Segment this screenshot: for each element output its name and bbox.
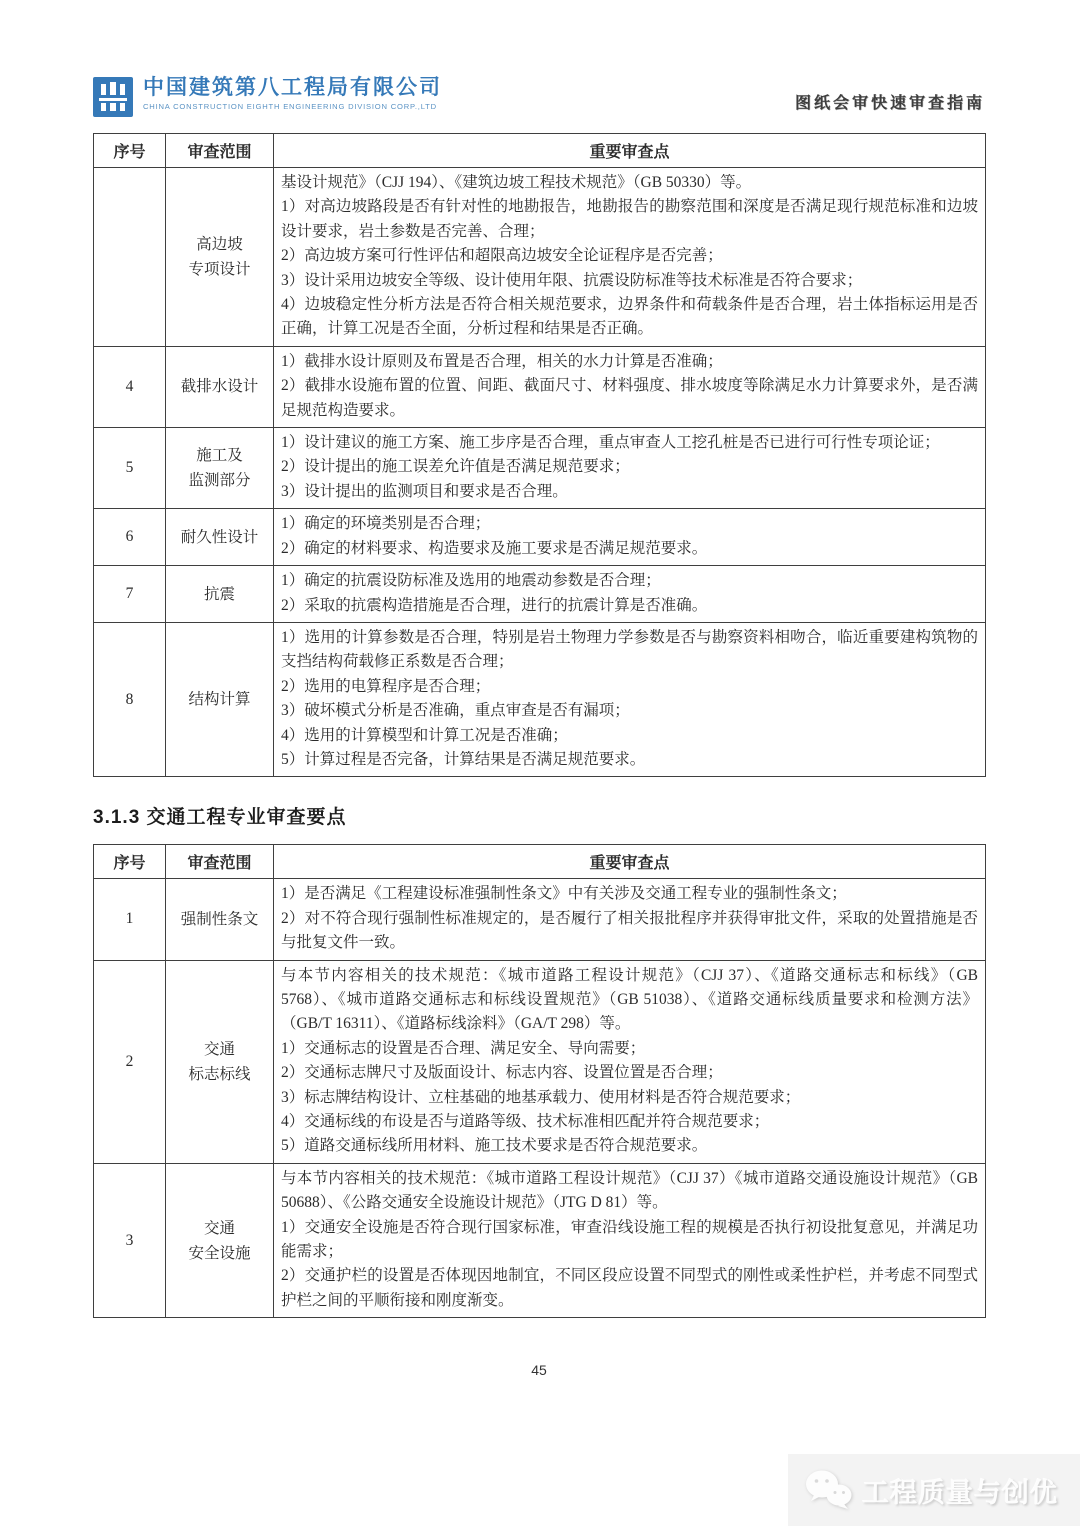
cscec-logo-icon <box>93 77 133 117</box>
review-point: 1）设计建议的施工方案、施工步序是否合理，重点审查人工挖孔桩是否已进行可行性专项… <box>281 431 978 455</box>
row-number-cell: 4 <box>94 346 166 427</box>
review-point: 5）计算过程是否完备，计算结果是否满足规范要求。 <box>281 748 978 772</box>
table-header-row: 序号 审查范围 重要审查点 <box>94 134 986 168</box>
table-row: 5 施工及 监测部分 1）设计建议的施工方案、施工步序是否合理，重点审查人工挖孔… <box>94 428 986 509</box>
review-point: 4）边坡稳定性分析方法是否符合相关规范要求，边界条件和荷载条件是否合理，岩土体指… <box>281 293 978 342</box>
review-point: 2）截排水设施布置的位置、间距、截面尺寸、材料强度、排水坡度等除满足水力计算要求… <box>281 374 978 423</box>
table-row: 8 结构计算 1）选用的计算参数是否合理，特别是岩土物理力学参数是否与勘察资料相… <box>94 622 986 776</box>
watermark-bar: 工程质量与创优 <box>788 1454 1080 1526</box>
document-title: 图纸会审快速审查指南 <box>795 90 985 113</box>
review-point: 1）截排水设计原则及布置是否合理，相关的水力计算是否准确； <box>281 350 978 374</box>
table-row: 7 抗震 1）确定的抗震设防标准及选用的地震动参数是否合理；2）采取的抗震构造措… <box>94 566 986 623</box>
col-header-number: 序号 <box>94 134 166 168</box>
col-header-scope: 审查范围 <box>166 845 274 879</box>
review-points-cell: 基设计规范》（CJJ 194）、《建筑边坡工程技术规范》（GB 50330）等。… <box>274 168 986 347</box>
wechat-icon <box>802 1468 854 1512</box>
review-scope-cell: 强制性条文 <box>166 879 274 960</box>
review-point: 2）设计提出的施工误差允许值是否满足规范要求； <box>281 455 978 479</box>
review-points-cell: 1）确定的抗震设防标准及选用的地震动参数是否合理；2）采取的抗震构造措施是否合理… <box>274 566 986 623</box>
page-content: 序号 审查范围 重要审查点 高边坡 专项设计 基设计规范》（CJJ 194）、《… <box>93 133 985 1378</box>
row-number-cell: 8 <box>94 622 166 776</box>
row-number-cell <box>94 168 166 347</box>
review-point: 3）标志牌结构设计、立柱基础的地基承载力、使用材料是否符合规范要求； <box>281 1086 978 1110</box>
review-table-slope: 序号 审查范围 重要审查点 高边坡 专项设计 基设计规范》（CJJ 194）、《… <box>93 133 986 777</box>
col-header-points: 重要审查点 <box>274 134 986 168</box>
row-number-cell: 1 <box>94 879 166 960</box>
review-point: 1）对高边坡路段是否有针对性的地勘报告，地勘报告的勘察范围和深度是否满足现行规范… <box>281 195 978 244</box>
review-point: 2）选用的电算程序是否合理； <box>281 675 978 699</box>
row-number-cell: 2 <box>94 960 166 1163</box>
review-point: 2）确定的材料要求、构造要求及施工要求是否满足规范要求。 <box>281 537 978 561</box>
table-row: 4 截排水设计 1）截排水设计原则及布置是否合理，相关的水力计算是否准确；2）截… <box>94 346 986 427</box>
review-point: 5）道路交通标线所用材料、施工技术要求是否符合规范要求。 <box>281 1134 978 1158</box>
review-point: 与本节内容相关的技术规范：《城市道路工程设计规范》（CJJ 37）《城市道路交通… <box>281 1167 978 1216</box>
review-point: 3）破坏模式分析是否准确，重点审查是否有漏项； <box>281 699 978 723</box>
review-point: 2）高边坡方案可行性评估和超限高边坡安全论证程序是否完善； <box>281 244 978 268</box>
review-points-cell: 1）确定的环境类别是否合理；2）确定的材料要求、构造要求及施工要求是否满足规范要… <box>274 509 986 566</box>
section-heading: 3.1.3 交通工程专业审查要点 <box>93 802 985 829</box>
review-scope-cell: 抗震 <box>166 566 274 623</box>
row-number-cell: 7 <box>94 566 166 623</box>
row-number-cell: 5 <box>94 428 166 509</box>
review-scope-cell: 交通 标志标线 <box>166 960 274 1163</box>
review-table-traffic: 序号 审查范围 重要审查点 1 强制性条文 1）是否满足《工程建设标准强制性条文… <box>93 844 986 1318</box>
company-name: 中国建筑第八工程局有限公司 <box>143 76 442 100</box>
company-name-en: CHINA CONSTRUCTION EIGHTH ENGINEERING DI… <box>143 102 442 111</box>
col-header-scope: 审查范围 <box>166 134 274 168</box>
review-point: 4）选用的计算模型和计算工况是否准确； <box>281 724 978 748</box>
col-header-number: 序号 <box>94 845 166 879</box>
table-row: 高边坡 专项设计 基设计规范》（CJJ 194）、《建筑边坡工程技术规范》（GB… <box>94 168 986 347</box>
review-point: 3）设计提出的监测项目和要求是否合理。 <box>281 480 978 504</box>
review-scope-cell: 交通 安全设施 <box>166 1163 274 1317</box>
row-number-cell: 6 <box>94 509 166 566</box>
review-point: 1）交通标志的设置是否合理、满足安全、导向需要； <box>281 1037 978 1061</box>
review-points-cell: 与本节内容相关的技术规范：《城市道路工程设计规范》（CJJ 37）《城市道路交通… <box>274 1163 986 1317</box>
review-point: 2）交通标志牌尺寸及版面设计、标志内容、设置位置是否合理； <box>281 1061 978 1085</box>
table-row: 2 交通 标志标线 与本节内容相关的技术规范：《城市道路工程设计规范》（CJJ … <box>94 960 986 1163</box>
table-row: 3 交通 安全设施 与本节内容相关的技术规范：《城市道路工程设计规范》（CJJ … <box>94 1163 986 1317</box>
review-points-cell: 1）选用的计算参数是否合理，特别是岩土物理力学参数是否与勘察资料相吻合，临近重要… <box>274 622 986 776</box>
review-point: 2）交通护栏的设置是否体现因地制宜，不同区段应设置不同型式的刚性或柔性护栏，并考… <box>281 1264 978 1313</box>
review-point: 基设计规范》（CJJ 194）、《建筑边坡工程技术规范》（GB 50330）等。 <box>281 171 978 195</box>
review-scope-cell: 施工及 监测部分 <box>166 428 274 509</box>
review-point: 与本节内容相关的技术规范：《城市道路工程设计规范》（CJJ 37）、《道路交通标… <box>281 964 978 1037</box>
review-point: 3）设计采用边坡安全等级、设计使用年限、抗震设防标准等技术标准是否符合要求； <box>281 269 978 293</box>
col-header-points: 重要审查点 <box>274 845 986 879</box>
table-header-row: 序号 审查范围 重要审查点 <box>94 845 986 879</box>
watermark-label: 工程质量与创优 <box>862 1471 1058 1510</box>
review-scope-cell: 截排水设计 <box>166 346 274 427</box>
review-point: 1）是否满足《工程建设标准强制性条文》中有关涉及交通工程专业的强制性条文； <box>281 882 978 906</box>
table-row: 6 耐久性设计 1）确定的环境类别是否合理；2）确定的材料要求、构造要求及施工要… <box>94 509 986 566</box>
company-name-block: 中国建筑第八工程局有限公司 CHINA CONSTRUCTION EIGHTH … <box>143 76 442 111</box>
review-point: 1）选用的计算参数是否合理，特别是岩土物理力学参数是否与勘察资料相吻合，临近重要… <box>281 626 978 675</box>
review-point: 1）确定的抗震设防标准及选用的地震动参数是否合理； <box>281 569 978 593</box>
page-number: 45 <box>93 1362 985 1378</box>
review-points-cell: 1）设计建议的施工方案、施工步序是否合理，重点审查人工挖孔桩是否已进行可行性专项… <box>274 428 986 509</box>
review-point: 2）采取的抗震构造措施是否合理，进行的抗震计算是否准确。 <box>281 594 978 618</box>
review-scope-cell: 耐久性设计 <box>166 509 274 566</box>
review-points-cell: 1）是否满足《工程建设标准强制性条文》中有关涉及交通工程专业的强制性条文；2）对… <box>274 879 986 960</box>
row-number-cell: 3 <box>94 1163 166 1317</box>
company-logo: 中国建筑第八工程局有限公司 CHINA CONSTRUCTION EIGHTH … <box>93 76 442 117</box>
table-row: 1 强制性条文 1）是否满足《工程建设标准强制性条文》中有关涉及交通工程专业的强… <box>94 879 986 960</box>
review-scope-cell: 高边坡 专项设计 <box>166 168 274 347</box>
review-points-cell: 与本节内容相关的技术规范：《城市道路工程设计规范》（CJJ 37）、《道路交通标… <box>274 960 986 1163</box>
review-point: 1）交通安全设施是否符合现行国家标准，审查沿线设施工程的规模是否执行初设批复意见… <box>281 1216 978 1265</box>
review-points-cell: 1）截排水设计原则及布置是否合理，相关的水力计算是否准确；2）截排水设施布置的位… <box>274 346 986 427</box>
review-point: 4）交通标线的布设是否与道路等级、技术标准相匹配并符合规范要求； <box>281 1110 978 1134</box>
review-point: 2）对不符合现行强制性标准规定的，是否履行了相关报批程序并获得审批文件，采取的处… <box>281 907 978 956</box>
review-point: 1）确定的环境类别是否合理； <box>281 512 978 536</box>
review-scope-cell: 结构计算 <box>166 622 274 776</box>
document-page: 中国建筑第八工程局有限公司 CHINA CONSTRUCTION EIGHTH … <box>0 0 1080 1526</box>
